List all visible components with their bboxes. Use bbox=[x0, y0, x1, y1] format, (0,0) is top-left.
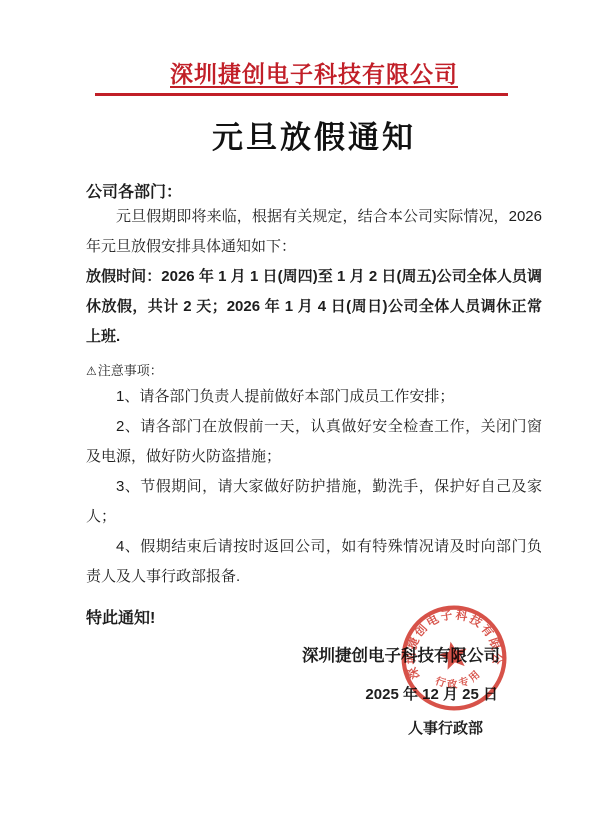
closing-statement: 特此通知! bbox=[86, 605, 542, 628]
notice-document-page: 深圳捷创电子科技有限公司 元旦放假通知 公司各部门： 元旦假期即将来临，根据有关… bbox=[0, 0, 606, 823]
signature-department: 人事行政部 bbox=[86, 717, 542, 738]
warning-icon: ⚠ bbox=[86, 364, 97, 378]
notes-heading-label: 注意事项： bbox=[98, 363, 163, 378]
signature-company: 深圳捷创电子科技有限公司 bbox=[86, 642, 542, 666]
salutation: 公司各部门： bbox=[86, 179, 542, 202]
notice-content: 深圳捷创电子科技有限公司 元旦放假通知 公司各部门： 元旦假期即将来临，根据有关… bbox=[0, 0, 606, 738]
company-letterhead: 深圳捷创电子科技有限公司 bbox=[86, 56, 542, 89]
note-item-1: 1、请各部门负责人提前做好本部门成员工作安排； bbox=[86, 382, 542, 412]
signature-block: 深圳捷创电子科技有限公司 2025 年 12 月 25 日 人事行政部 bbox=[86, 642, 542, 738]
note-item-3: 3、节假期间，请大家做好防护措施，勤洗手，保护好自己及家人； bbox=[86, 472, 542, 532]
page-title: 元旦放假通知 bbox=[86, 112, 542, 157]
intro-paragraph: 元旦假期即将来临，根据有关规定，结合本公司实际情况，2026 年元旦放假安排具体… bbox=[86, 202, 542, 262]
note-item-4: 4、假期结束后请按时返回公司，如有特殊情况请及时向部门负责人及人事行政部报备. bbox=[86, 532, 542, 592]
note-item-2: 2、请各部门在放假前一天，认真做好安全检查工作，关闭门窗及电源，做好防火防盗措施… bbox=[86, 412, 542, 472]
letterhead-rule bbox=[95, 93, 508, 96]
holiday-schedule-paragraph: 放假时间：2026 年 1 月 1 日(周四)至 1 月 2 日(周五)公司全体… bbox=[86, 262, 542, 352]
signature-date: 2025 年 12 月 25 日 bbox=[86, 683, 542, 704]
notes-heading: ⚠注意事项： bbox=[86, 360, 542, 382]
